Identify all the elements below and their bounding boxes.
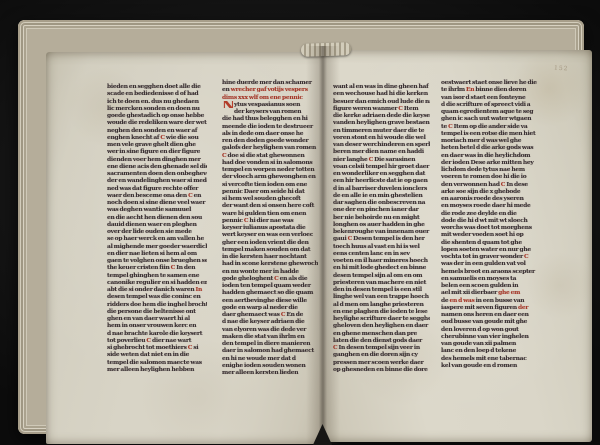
manuscript-line: voeren te romen doe hi die io (441, 173, 543, 180)
right-page-column-2: oestwaert staet onse lieve he diete ihrl… (441, 79, 543, 369)
manuscript-line: heylighe scrifture daer te segghen (333, 315, 430, 322)
manuscript-line: oestwaert staet onse lieve he die (441, 79, 543, 86)
manuscript-line: dims xxx wlf om ene pennic (222, 94, 318, 101)
rubric-text: In (195, 286, 202, 293)
left-page-column-1: bieden en segghen doet alle diescade en … (107, 83, 207, 373)
manuscript-line: ael mit xii dierbaer ghe em (441, 289, 543, 296)
manuscript-line: nier langhe C Die sarasinen (333, 156, 430, 163)
manuscript-line: ridders doe hem die inghel brocht (107, 301, 207, 308)
manuscript-line: worchs was doet tot morghens (441, 224, 543, 231)
manuscript-line: van deser werchinderen en sperk (333, 141, 430, 148)
manuscript-line: moriach mer d was wel ghe (441, 137, 543, 144)
rubric-text: C (524, 253, 528, 260)
manuscript-line: die rode zee deylde en die (441, 210, 543, 217)
manuscript-line: mer alleen kersten lieden (222, 369, 318, 376)
manuscript-line: maken die stat van ihrlm en (222, 333, 318, 340)
manuscript-line: gheloven den heylighen en daer (333, 322, 430, 329)
manuscript-line: linghe wel van een trappe hoech (333, 293, 430, 300)
manuscript-line: der vloech arm ghewonghen en (222, 173, 318, 180)
manuscript-line: en hi ne woude mer dat d (222, 355, 318, 362)
rubric-text: C (281, 311, 285, 318)
manuscript-line: had doe vonden si in salomons (222, 159, 318, 166)
manuscript-line: en dier nae lieten si hem al om (107, 250, 207, 257)
manuscript-line: noch doen si sine diene veel waer (107, 199, 207, 206)
manuscript-line: tempel ghinghen te samen ene (107, 272, 207, 279)
rubric-text: dims xxx wlf om ene pennic (222, 94, 303, 101)
manuscript-line: desen tempel was die coninc en (107, 293, 207, 300)
rubric-text: C (160, 134, 164, 141)
rubric-text: C (501, 181, 505, 188)
manuscript-line: van elyoren was die dede ver (222, 326, 318, 333)
manuscript-line: tempel die salomon maecte was (107, 359, 207, 366)
left-page: bieden en segghen doet alle diescade en … (46, 52, 322, 444)
manuscript-line: daer ghemaect was C En de (222, 311, 318, 318)
rubricated-underline-text: want (333, 83, 348, 90)
manuscript-line: quam egredientem aque te seg (441, 108, 543, 115)
manuscript-line: enghen knecht af C wie die sou (107, 134, 207, 141)
manuscript-line: den verwonnen had C In dese (441, 181, 543, 188)
right-page: 152 want al en was in dine gheen hafeen … (322, 50, 592, 442)
rubric-text: C (274, 275, 278, 282)
manuscript-line: eens centen lanc en in sev (333, 250, 430, 257)
rubric-text: ghe em (498, 289, 520, 296)
spine-headband (301, 42, 351, 57)
rubric-text: C (398, 105, 402, 112)
manuscript-line: ghen en van daer waert hi al (107, 315, 207, 322)
manuscript-line: was deghen wantie samuuel (107, 206, 207, 213)
manuscript-line: cherubinne van vier inghelen (441, 333, 543, 340)
manuscript-line: hemels broot en araons scepter (441, 268, 543, 275)
manuscript-line: ganghen en die doren sijn cy (333, 351, 430, 358)
manuscript-line: voan celsii tempel hir groet daer (333, 163, 430, 170)
manuscript-line: d nae brachte karole die keysert (107, 330, 207, 337)
manuscript-line: wert keyser en was een verloec (222, 231, 318, 238)
manuscript-line: toech huus al vast en hi is wel (333, 243, 430, 250)
manuscript-line: Nytus vespasianus soen (222, 101, 318, 108)
rubric-text: C (244, 217, 248, 224)
manuscript-line: longhen os auer hadden in ghe (333, 221, 430, 228)
right-page-column-1: want al en was in dine gheen hafeen wech… (333, 83, 430, 373)
manuscript-line: mer alleen heylighen hebben (107, 366, 207, 373)
manuscript-line: hem in onser vrouwen kerc en (107, 322, 207, 329)
manuscript-line: al mighende mer goeder waerdich (107, 243, 207, 250)
manuscript-line: gode gheloghent C en als die (222, 275, 318, 282)
manuscript-line: d in al barriser duvelen ionclers (333, 185, 430, 192)
manuscript-line: de en alle ie en min ghestelien (333, 192, 430, 199)
manuscript-line: voeten en il haer mineres hoech (333, 257, 430, 264)
rubric-text: wrecher gaf votijs vespers (231, 86, 308, 93)
manuscript-line: lopen soeten water en nur ghe (441, 246, 543, 253)
manuscript-line: tot poverlieu C dier nae wart (107, 337, 207, 344)
manuscript-line: vanden heylighen grave bestaen (333, 119, 430, 126)
manuscript-line: neghen den sonden en waer af (107, 127, 207, 134)
manuscript-line: en ene plaghen die ioden te lese (333, 308, 430, 315)
manuscript-line: een aertbevinghe diese wille (222, 297, 318, 304)
manuscript-line: bieden en segghen doet alle die (107, 83, 207, 90)
manuscript-line: C doe si die stat ghewonnen (222, 152, 318, 159)
manuscript-line: die kerke adriaen dede die keyser (333, 112, 430, 119)
rubric-text: C (222, 152, 226, 159)
rubric-text: En (466, 86, 474, 93)
manuscript-line: en daer was in die heylichdom (441, 152, 543, 159)
manuscript-line: en nu wonte mer in hadde (222, 268, 318, 275)
manuscript-line: der keysers van romen (222, 108, 318, 115)
rubric-text: C (188, 192, 192, 199)
manuscript-line: ghen ic sach uut water wtgaen (441, 115, 543, 122)
manuscript-line: ren den doden goede wonder (222, 137, 318, 144)
manuscript-line: over der lide ouden sie mede (107, 228, 207, 235)
manuscript-line: en samuelis en moyses ta (441, 275, 543, 282)
manuscript-line: den loveren d op won gout (441, 326, 543, 333)
manuscript-line: meende die ioden te destrueer (222, 123, 318, 130)
rubric-text: C (333, 344, 337, 351)
manuscript-line: side weten dat niet en in die (107, 351, 207, 358)
manuscript-line: galofs der heylighen van romen (222, 144, 318, 151)
manuscript-line: vochta tot in graver wonder C (441, 253, 543, 260)
manuscript-line: scade en bediedenisse d of had (107, 90, 207, 97)
manuscript-line: des hemels mit ene tabernac (441, 355, 543, 362)
rubric-text: C (448, 123, 452, 130)
manuscript-line: tempel is een rotse die men hiet (441, 130, 543, 137)
rubric-text: en d was (449, 297, 474, 304)
manuscript-line: si hem wel souden ghecoft (222, 195, 318, 202)
manuscript-line: keyser iulianus apostata die (222, 224, 318, 231)
manuscript-line: si vercofte tien ioden om ene (222, 181, 318, 188)
manuscript-line: pennic C hi dier nae was (222, 217, 318, 224)
manuscript-line: dar saghen die onbescreven na (333, 199, 430, 206)
manuscript-line: al d men om langhe priesteren (333, 301, 430, 308)
rubric-text: C (369, 156, 373, 163)
rubricated-underline-text: quam egredientem (441, 108, 499, 115)
manuscript-line: dode die hi d wt mit wt sloech (441, 217, 543, 224)
manuscript-line: the keuer cristen fiin C In den (107, 264, 207, 271)
manuscript-line: besuer dan emich oud lude die na (333, 98, 430, 105)
manuscript-line: woude die redeliken ware der wet (107, 119, 207, 126)
manuscript-line: gher een ioden vrient die den (222, 239, 318, 246)
manuscript-line: dauid dienen waer en pleghen (107, 221, 207, 228)
manuscript-line: ene diene acis den ghenade sel die (107, 163, 207, 170)
manuscript-line: abt die si onder danich waren In (107, 286, 207, 293)
manuscript-line: arke soe sijn die x ghebode (441, 188, 543, 195)
manuscript-line: beren mer dien name en haddi (333, 148, 430, 155)
manuscript-line: goede ghestadich op onse hebbe (107, 112, 207, 119)
manuscript-line: de en d was in een busse van (441, 297, 543, 304)
manuscript-line: lic mercken sonden en doen nu (107, 105, 207, 112)
manuscript-line: en wonderliker en segghen dat (333, 170, 430, 177)
manuscript-line: die shenten d quam tot ghe (441, 239, 543, 246)
manuscript-line: der en wandelinghen waer si mede (107, 177, 207, 184)
manuscript-line: figure weren wanmer C Item (333, 105, 430, 112)
manuscript-line: C In desen tempel sijn veer in (333, 344, 430, 351)
manuscript-line: van goude van xii palmen (441, 340, 543, 347)
manuscript-line: was der in een gulden vat vol (441, 260, 543, 267)
manuscript-line: want al en was in dine gheen haf (333, 83, 430, 90)
manuscript-line: belen een scoen gulden in (441, 282, 543, 289)
rubric-text: der (518, 304, 528, 311)
manuscript-line: te ihrlm En binne dien doren (441, 86, 543, 93)
manuscript-line: der ioden Dese arke mitten hey (441, 159, 543, 166)
manuscript-line: d nae die keyser adriaen die (222, 318, 318, 325)
manuscript-line: van isor d staet een fonteyne (441, 94, 543, 101)
manuscript-line: namen ons heren en daer een (441, 311, 543, 318)
manuscript-line: op ghesneden en binne die dore (333, 366, 430, 373)
manuscript-line: canonike regulier en si hadden ene (107, 279, 207, 286)
manuscript-line: ioden ten tempel quam weder (222, 282, 318, 289)
manuscript-line: ware bi gulden tien om enen (222, 210, 318, 217)
manuscript-line: oud busse van goude mit ghe (441, 318, 543, 325)
manuscript-line: pennic Daer om seide hi dat (222, 188, 318, 195)
manuscript-line: pressen mer scoen werke daer (333, 359, 430, 366)
manuscript-line: d die scrifture of spreect vidi a (441, 101, 543, 108)
manuscript-line: men vele grave ghelt dien ghe (107, 141, 207, 148)
manuscript-line: een wechouse had hi die kerken (333, 90, 430, 97)
manuscript-line: en ghene menschen dan pre (333, 330, 430, 337)
manuscript-line: een hir heerlicste dat ie op gaen (333, 177, 430, 184)
manuscript-line: en timmeren muter daer die te (333, 127, 430, 134)
manuscript-line: sacramenten doen den onbegheve (107, 170, 207, 177)
manuscript-line: waer den besceme ona den C en (107, 192, 207, 199)
manuscript-line: tempel maken souden om dat (222, 246, 318, 253)
lombard-initial: N (222, 101, 235, 108)
manuscript-line: ber nie behoirde nu en might (333, 214, 430, 221)
manuscript-line: desen tempel sijn al om en om (333, 272, 430, 279)
manuscript-line: gaen te volghen onse brueghen sel (107, 257, 207, 264)
manuscript-line: ich te doen en. dus nu ghedaen (107, 98, 207, 105)
manuscript-line: den tempel in diere manieren (222, 340, 318, 347)
manuscript-line: hine duerde mer dan schamer (222, 79, 318, 86)
manuscript-line: die had thus belegghen en hi (222, 115, 318, 122)
manuscript-line: lanc en den loep d tekene (441, 347, 543, 354)
manuscript-line: voren stont en hi woude die wel (333, 134, 430, 141)
manuscript-line: lichdom dede tytus nae hem (441, 166, 543, 173)
manuscript-line: heten betel d die arke gods was (441, 144, 543, 151)
rubric-text: C (188, 344, 192, 351)
manuscript-line: one der en pinchen ianer dar (333, 206, 430, 213)
manuscript-line: enighe ioden souden wonen (222, 362, 318, 369)
rubricated-underline-text: vidi a (515, 101, 531, 108)
manuscript-line: en moyses roede daer hi mede (441, 202, 543, 209)
manuscript-line: den in desen tempel is een stil (333, 286, 430, 293)
manuscript-line: en die aecht hen dienen den sou (107, 214, 207, 221)
rubric-text: C (348, 235, 352, 242)
manuscript-line: en hi mit lode ghedect en binne (333, 264, 430, 271)
manuscript-line: bekenroughe van innenam ouer (333, 228, 430, 235)
manuscript-line: tempel en worpen neder totten (222, 166, 318, 173)
manuscript-line: en wrecher gaf votijs vespers (222, 86, 318, 93)
manuscript-line: laten die den dienst gods daer (333, 337, 430, 344)
manuscript-line: iaspere mit seven figuren der (441, 304, 543, 311)
left-page-column-2: hine duerde mer dan schameren wrecher ga… (222, 79, 318, 376)
manuscript-line: die persone die beltenisse ont (107, 308, 207, 315)
manuscript-line: priesteren van machere en niet (333, 279, 430, 286)
manuscript-line: se op haer werck en am vallen he (107, 235, 207, 242)
manuscript-line: te C Item op die ander side va (441, 123, 543, 130)
manuscript-photo: bieden en segghen doet alle diescade en … (0, 0, 600, 445)
rubric-text: C (146, 337, 150, 344)
rubric-text: C (171, 264, 175, 271)
manuscript-line: kel van goude en d romen (441, 362, 543, 369)
book-spread: bieden en segghen doet alle diescade en … (18, 20, 584, 434)
manuscript-line: der want den si onsen here coft (222, 202, 318, 209)
manuscript-line: had in scone kerstene ghewrocht (222, 260, 318, 267)
manuscript-line: gaui C Desen tempel is den her (333, 235, 430, 242)
manuscript-line: als in dede om daer onse he (222, 130, 318, 137)
manuscript-line: gode en warp al neder die (222, 304, 318, 311)
manuscript-line: mit weder voeden soet hi op (441, 231, 543, 238)
manuscript-line: en aaronis roede des yseren (441, 195, 543, 202)
manuscript-line: in die kersten haer nochtant (222, 253, 318, 260)
folio-number: 152 (554, 65, 569, 73)
manuscript-line: wer in sine figure en dier figure (107, 148, 207, 155)
manuscript-line: dienden voer hem dinghen mer (107, 156, 207, 163)
manuscript-line: si ghebrocht tot moethiers C si (107, 344, 207, 351)
manuscript-line: hadden ghemaect so die quam (222, 289, 318, 296)
manuscript-line: ned was dat figure rechte offer (107, 185, 207, 192)
manuscript-line: daer in salomon had ghemaect (222, 347, 318, 354)
